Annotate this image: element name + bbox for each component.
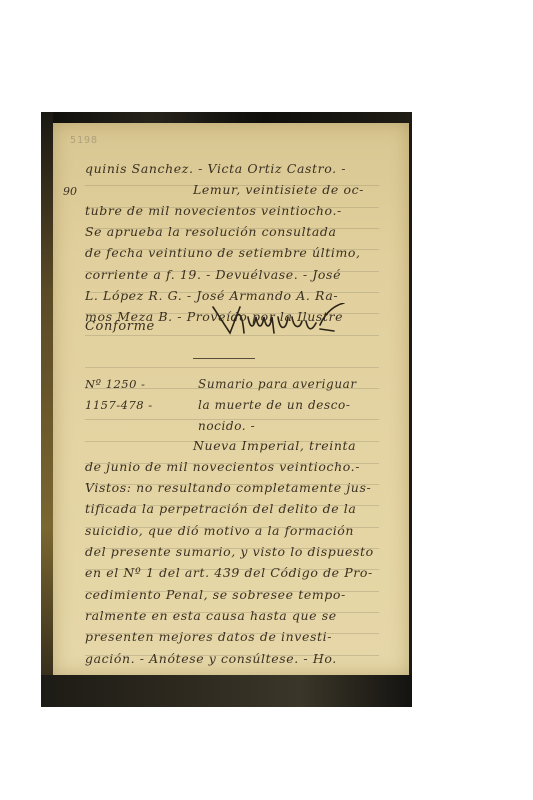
case-caption: Sumario para averiguar — [198, 377, 357, 391]
conforme-text: Conforme — [85, 319, 155, 334]
text-line: tubre de mil novecientos veintiocho.- — [85, 203, 379, 219]
text-line: de fecha veintiuno de setiembre último, — [85, 245, 379, 261]
margin-number: 90 — [63, 185, 77, 198]
text-line: de junio de mil novecientos veintiocho.- — [85, 459, 379, 475]
text-line: corriente a f. 19. - Devuélvase. - José — [85, 267, 379, 283]
text-line: suicidio, que dió motivo a la formación — [85, 523, 379, 539]
section-divider — [193, 358, 255, 359]
text-line: quinis Sanchez. - Victa Ortiz Castro. - — [85, 161, 379, 177]
signature-mark — [208, 303, 348, 343]
case-caption: nocido. - — [198, 419, 255, 433]
text-line: Nueva Imperial, treinta — [85, 438, 379, 454]
text-line: Se aprueba la resolución consultada — [85, 224, 379, 240]
text-line: cedimiento Penal, se sobresee tempo- — [85, 587, 379, 603]
document-scan: 5198 quinis Sanchez. - Victa Ortiz Castr… — [41, 112, 412, 707]
page-stamp: 5198 — [70, 135, 98, 146]
text-line: Vistos: no resultando completamente jus- — [85, 480, 379, 496]
scan-bottom-border — [41, 675, 412, 707]
text-line: en el Nº 1 del art. 439 del Código de Pr… — [85, 565, 379, 581]
text-line: Lemur, veintisiete de oc- — [85, 182, 379, 198]
text-line: L. López R. G. - José Armando A. Ra- — [85, 288, 379, 304]
text-line: presenten mejores datos de investi- — [85, 629, 379, 645]
case-caption: la muerte de un desco- — [198, 398, 351, 412]
text-line: del presente sumario, y visto lo dispues… — [85, 544, 379, 560]
scan-top-border — [41, 112, 412, 123]
reference-code: 1157-478 - — [85, 398, 153, 412]
scan-left-border — [41, 112, 53, 707]
document-page: 5198 quinis Sanchez. - Victa Ortiz Castr… — [53, 123, 409, 675]
text-line: ralmente en esta causa hasta que se — [85, 608, 379, 624]
text-line: tificada la perpetración del delito de l… — [85, 501, 379, 517]
reference-number: Nº 1250 - — [85, 377, 145, 391]
ruled-line — [85, 367, 379, 368]
paper-extension — [53, 665, 409, 675]
